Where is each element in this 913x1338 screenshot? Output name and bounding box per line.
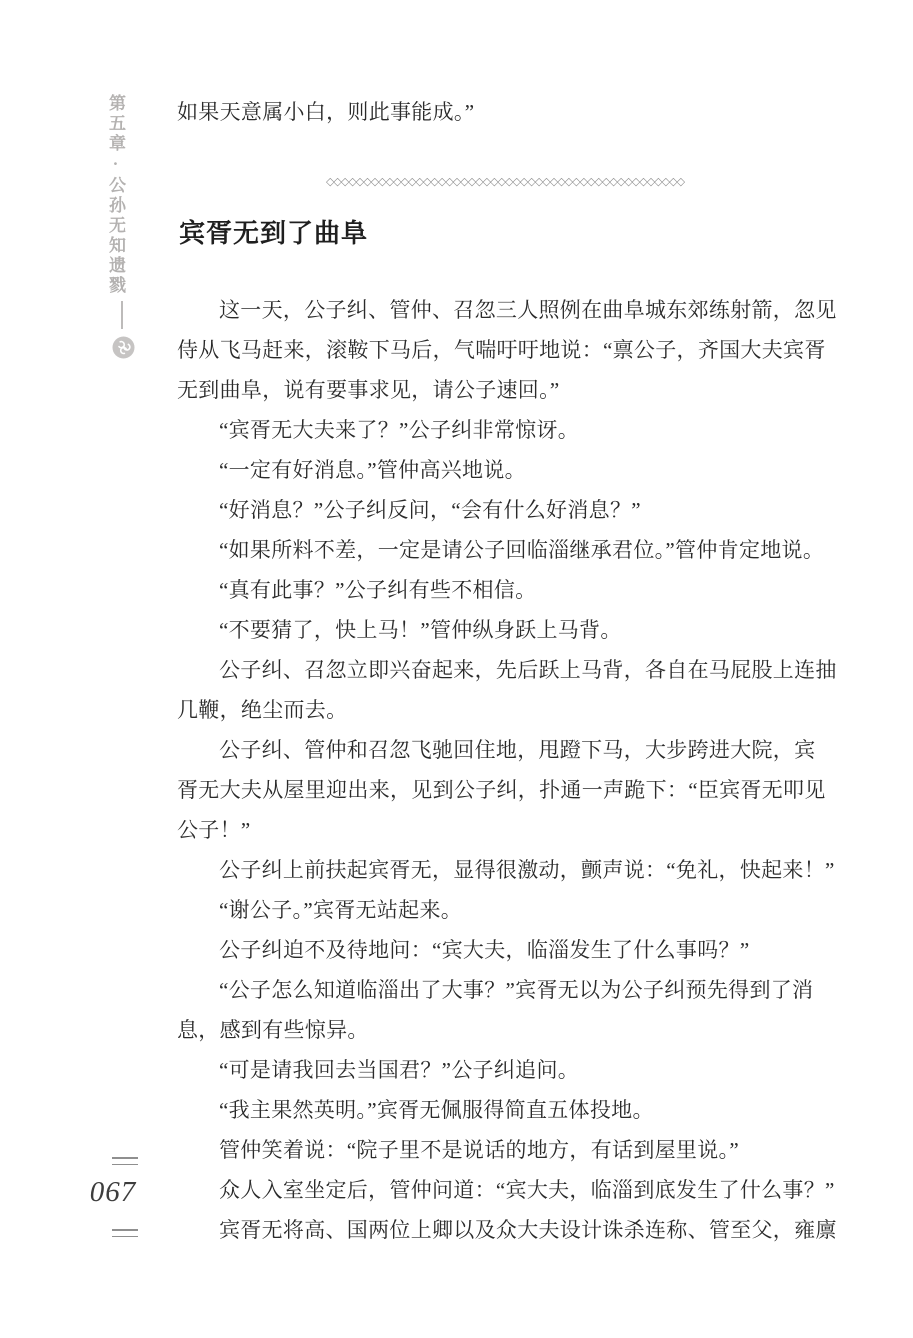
text-line: 这一天，公子纠、管仲、召忽三人照例在曲阜城东郊练射箭，忽见 bbox=[177, 290, 837, 330]
text-line: 侍从飞马赶来，滚鞍下马后，气喘吁吁地说：“禀公子，齐国大夫宾胥 bbox=[177, 330, 837, 370]
text-line: “好消息？”公子纠反问，“会有什么好消息？” bbox=[177, 490, 837, 530]
text-line: 公子纠迫不及待地问：“宾大夫，临淄发生了什么事吗？” bbox=[177, 930, 837, 970]
folio-rule-bottom bbox=[112, 1229, 138, 1237]
text-line: 几鞭，绝尘而去。 bbox=[177, 690, 837, 730]
text-line: “真有此事？”公子纠有些不相信。 bbox=[177, 570, 837, 610]
text-line: “一定有好消息。”管仲高兴地说。 bbox=[177, 450, 837, 490]
text-line: 公子纠上前扶起宾胥无，显得很激动，颤声说：“免礼，快起来！” bbox=[177, 850, 837, 890]
book-page: 第五章·公孙无知遗戮 067 如果天意属小白，则此事能成。” ◇◇◇◇◇◇◇◇◇… bbox=[0, 0, 913, 1338]
text-line: 宾胥无将高、国两位上卿以及众大夫设计诛杀连称、管至父，雍廪 bbox=[177, 1210, 837, 1250]
text-line: 无到曲阜，说有要事求见，请公子速回。” bbox=[177, 370, 837, 410]
text-line: “可是请我回去当国君？”公子纠追问。 bbox=[177, 1050, 837, 1090]
text-line: “谢公子。”宾胥无站起来。 bbox=[177, 890, 837, 930]
text-line: “如果所料不差，一定是请公子回临淄继承君位。”管仲肯定地说。 bbox=[177, 530, 837, 570]
page-number: 067 bbox=[86, 1176, 140, 1209]
text-line: 管仲笑着说：“院子里不是说话的地方，有话到屋里说。” bbox=[177, 1130, 837, 1170]
swirl-medallion-icon bbox=[111, 335, 136, 360]
continuation-paragraph-line: 如果天意属小白，则此事能成。” bbox=[177, 92, 474, 132]
text-line: “不要猜了，快上马！”管仲纵身跃上马背。 bbox=[177, 610, 837, 650]
chapter-title-dash bbox=[121, 301, 123, 329]
text-column: 如果天意属小白，则此事能成。” ◇◇◇◇◇◇◇◇◇◇◇◇◇◇◇◇◇◇◇◇◇◇◇◇… bbox=[177, 0, 837, 1338]
text-line: “我主果然英明。”宾胥无佩服得简直五体投地。 bbox=[177, 1090, 837, 1130]
chapter-title-vertical: 第五章·公孙无知遗戮 bbox=[103, 94, 128, 314]
text-line: “公子怎么知道临淄出了大事？”宾胥无以为公子纠预先得到了消 bbox=[177, 970, 837, 1010]
text-line: 公子纠、管仲和召忽飞驰回住地，甩蹬下马，大步跨进大院，宾 bbox=[177, 730, 837, 770]
text-line: 公子！” bbox=[177, 810, 837, 850]
text-line: 胥无大夫从屋里迎出来，见到公子纠，扑通一声跪下：“臣宾胥无叩见 bbox=[177, 770, 837, 810]
text-line: 众人入室坐定后，管仲问道：“宾大夫，临淄到底发生了什么事？” bbox=[177, 1170, 837, 1210]
text-line: 息，感到有些惊异。 bbox=[177, 1010, 837, 1050]
text-line: 公子纠、召忽立即兴奋起来，先后跃上马背，各自在马屁股上连抽 bbox=[177, 650, 837, 690]
diamond-divider: ◇◇◇◇◇◇◇◇◇◇◇◇◇◇◇◇◇◇◇◇◇◇◇◇◇◇◇◇◇◇◇◇◇◇◇◇◇◇◇◇… bbox=[177, 171, 833, 193]
text-line: “宾胥无大夫来了？”公子纠非常惊讶。 bbox=[177, 410, 837, 450]
section-title: 宾胥无到了曲阜 bbox=[179, 216, 368, 250]
body-text: 这一天，公子纠、管仲、召忽三人照例在曲阜城东郊练射箭，忽见侍从飞马赶来，滚鞍下马… bbox=[177, 290, 837, 1250]
folio-rule-top bbox=[112, 1157, 138, 1165]
